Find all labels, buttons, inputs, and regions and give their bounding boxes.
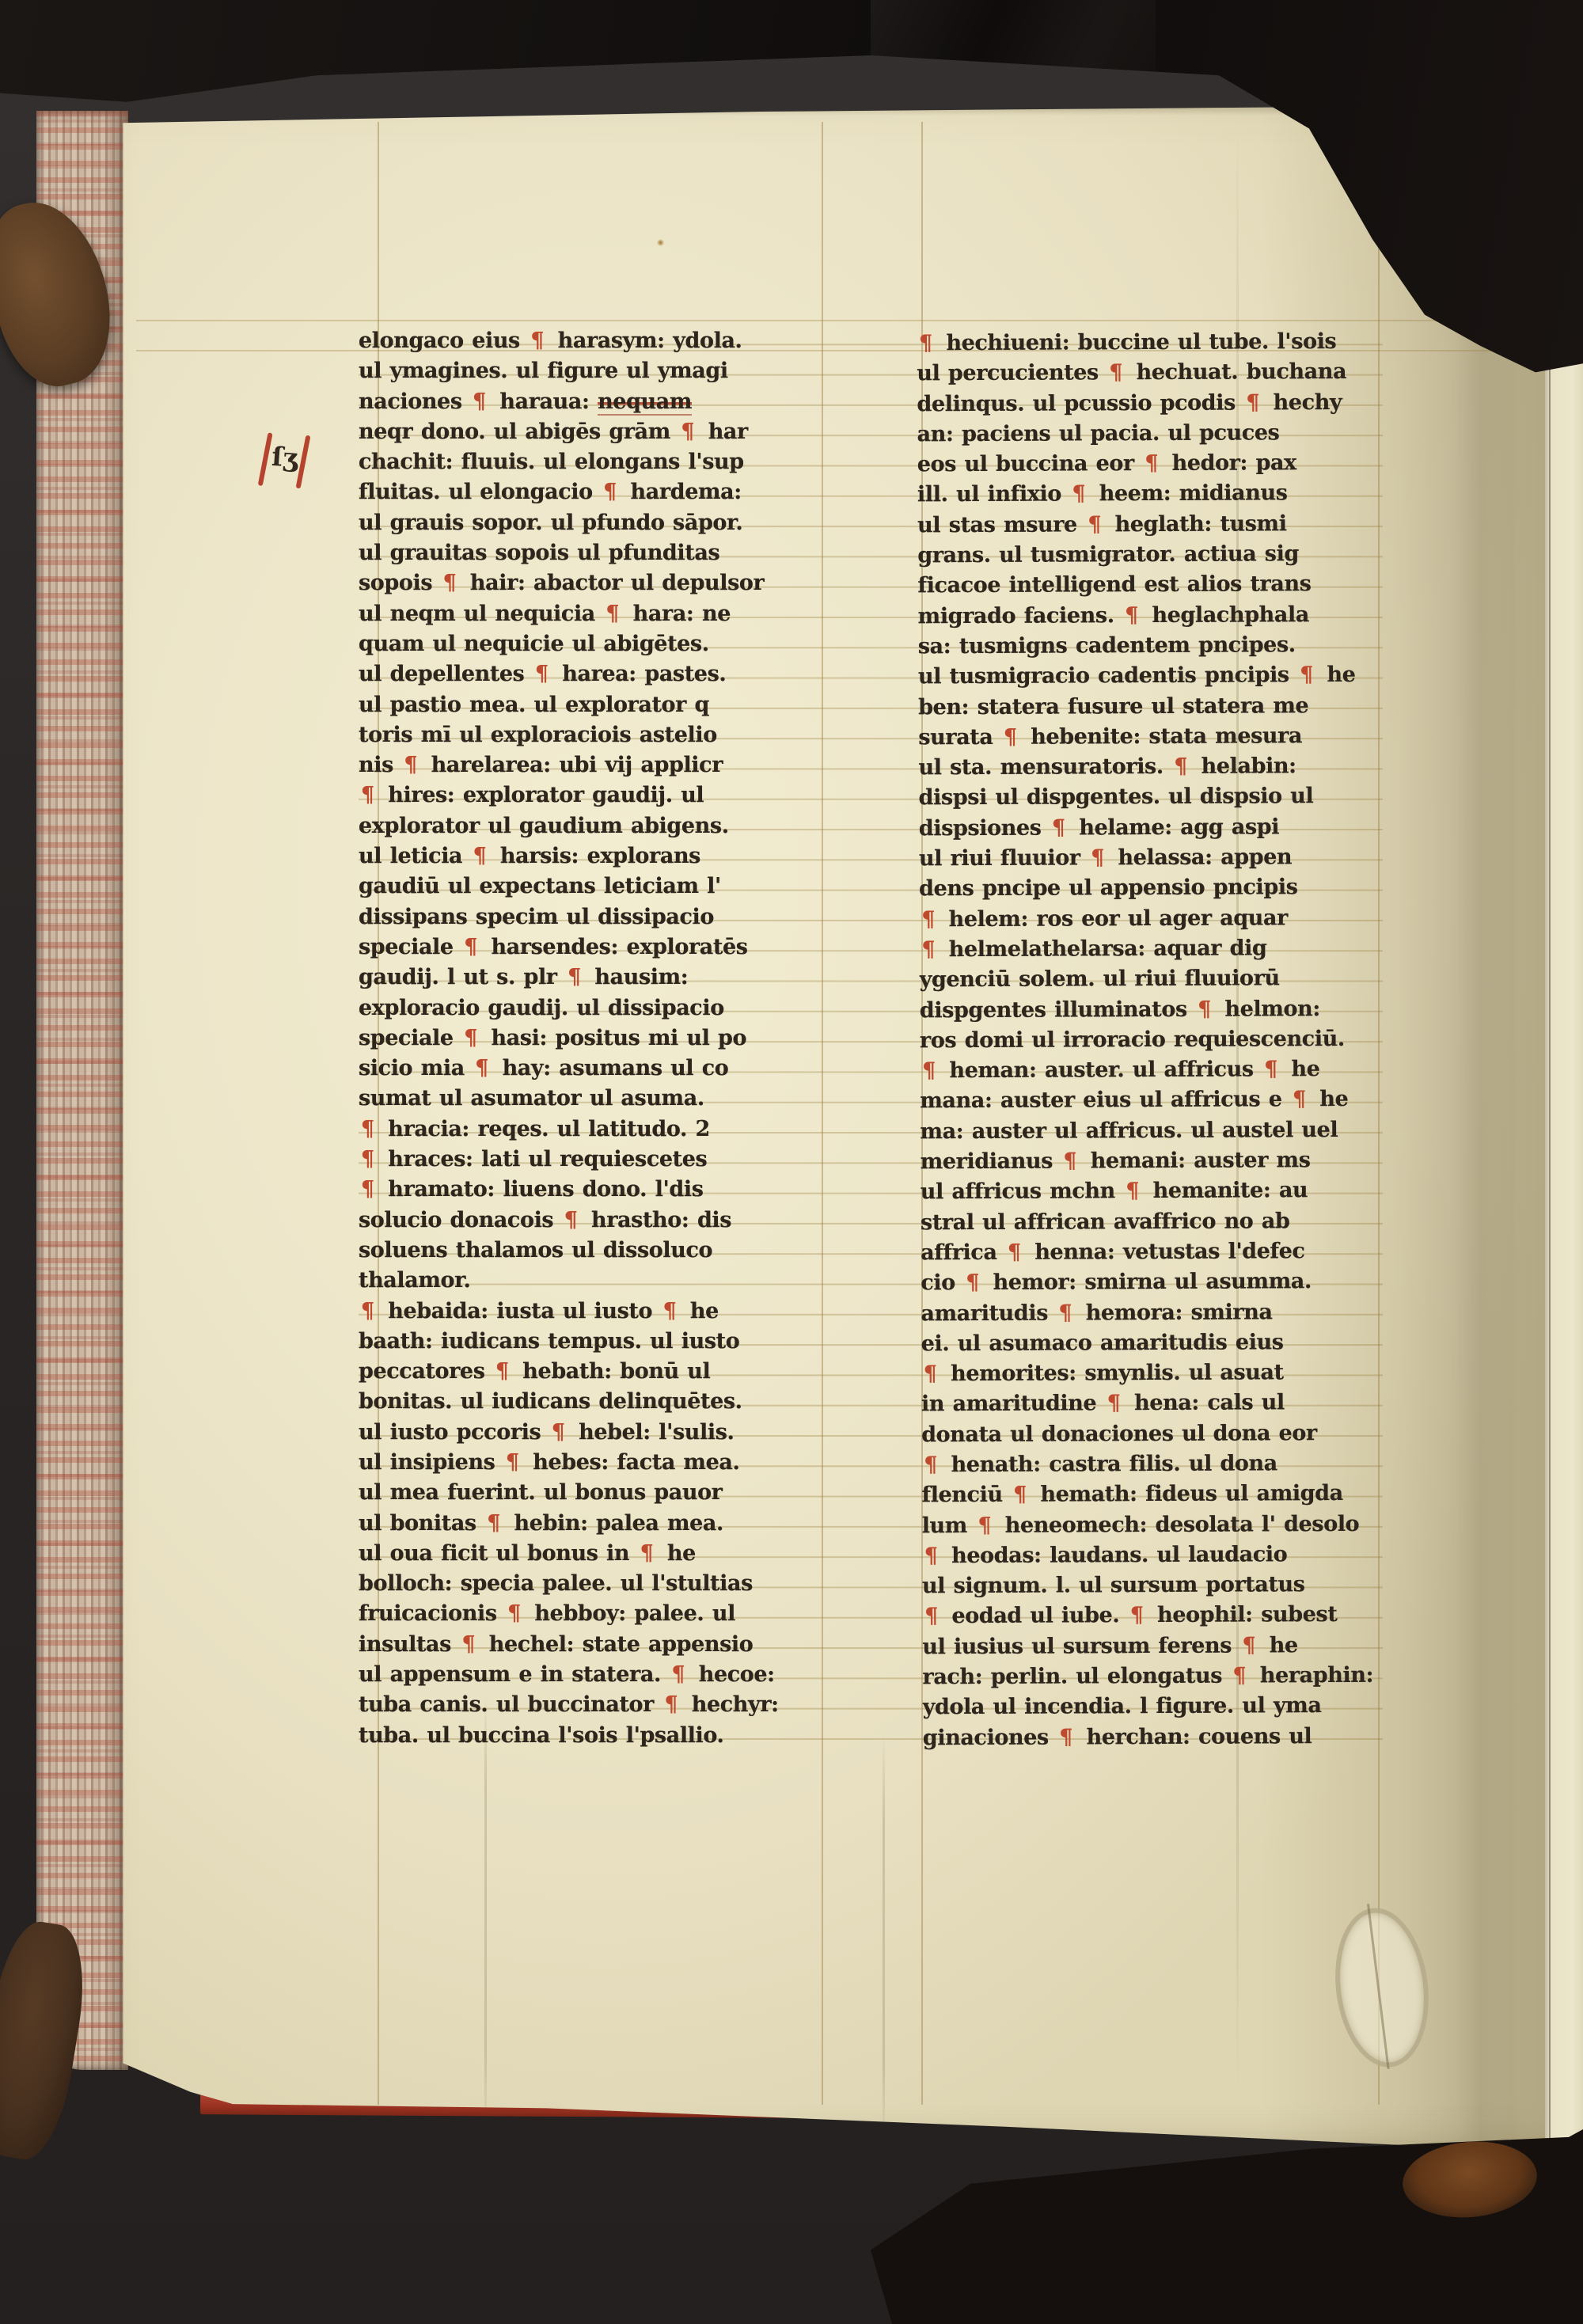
text-line: ros domi ul irroracio requiescenciū. <box>920 1024 1385 1057</box>
capitulum-mark: ¶ <box>464 935 477 959</box>
text-line: affrica ¶ henna: vetustas l'defec <box>921 1236 1386 1269</box>
text-line: ul grauis sopor. ul pfundo sāpor. <box>359 508 822 538</box>
capitulum-mark: ¶ <box>1004 725 1017 750</box>
text-line: ydola ul incendia. l figure. ul yma <box>923 1691 1388 1723</box>
text-line: dissipans specim ul dissipacio <box>359 902 822 932</box>
stain <box>275 2148 296 2167</box>
text-line: thalamor. <box>359 1266 822 1296</box>
text-line: in amaritudine ¶ hena: cals ul <box>921 1388 1387 1420</box>
capitulum-mark: ¶ <box>919 331 932 355</box>
top-margin-ruling-line <box>136 320 1529 321</box>
text-line: exploracio gaudij. ul dissipacio <box>359 993 822 1023</box>
capitulum-mark: ¶ <box>361 1117 374 1141</box>
capitulum-mark: ¶ <box>671 1662 685 1687</box>
capitulum-mark: ¶ <box>461 1632 475 1657</box>
capitulum-mark: ¶ <box>1063 1149 1076 1173</box>
text-line: ei. ul asumaco amaritudis eius <box>921 1327 1387 1360</box>
text-line: ul ymagines. ul figure ul ymagi <box>359 356 822 386</box>
parchment-crease <box>484 1696 487 2139</box>
capitulum-mark: ¶ <box>495 1359 509 1384</box>
text-line: ben: statera fusure ul statera me <box>918 690 1384 723</box>
text-line: quam ul nequicie ul abigētes. <box>359 629 822 659</box>
capitulum-mark: ¶ <box>1125 603 1138 628</box>
capitulum-mark: ¶ <box>1300 663 1313 687</box>
facing-page-edge <box>1542 215 1583 2170</box>
capitulum-mark: ¶ <box>1058 1301 1072 1325</box>
text-line: rach: perlin. ul elongatus ¶ heraphin: <box>922 1661 1387 1693</box>
text-line: ill. ul infixio ¶ heem: midianus <box>917 478 1383 511</box>
text-line: ¶ eodad ul iube. ¶ heophil: subest <box>922 1600 1387 1632</box>
text-line: tuba. ul buccina l'sois l'psallio. <box>359 1721 822 1751</box>
text-line: toris mī ul exploraciois astelio <box>359 720 822 750</box>
text-line: bolloch: specia palee. ul l'stultias <box>359 1569 822 1599</box>
capitulum-mark: ¶ <box>464 1026 477 1050</box>
text-line: ul grauitas sopois ul pfunditas <box>359 538 822 568</box>
capitulum-mark: ¶ <box>568 965 581 989</box>
text-line: solucio donacois ¶ hrastho: dis <box>359 1206 822 1236</box>
text-line: flenciū ¶ hemath: fideus ul amigda <box>921 1479 1387 1511</box>
text-line: dispsiones ¶ helame: agg aspi <box>919 811 1384 844</box>
text-line: donata ul donaciones ul dona eor <box>921 1418 1387 1450</box>
capitulum-mark: ¶ <box>1013 1483 1027 1507</box>
capitulum-mark: ¶ <box>1130 1604 1144 1628</box>
margin-gloss-mark: ſʒ <box>259 429 312 494</box>
text-line: ¶ henath: castra filis. ul dona <box>921 1449 1387 1481</box>
text-column-right: ¶ hechiueni: buccine ul tube. l'soisul p… <box>917 327 1388 1759</box>
capitulum-mark: ¶ <box>535 662 549 686</box>
text-line: ul percucientes ¶ hechuat. buchana <box>917 357 1382 389</box>
text-line: speciale ¶ harsendes: exploratēs <box>359 932 822 963</box>
text-line: fluitas. ul elongacio ¶ hardema: <box>359 477 822 507</box>
stain <box>589 2193 598 2202</box>
text-line: stral ul affrican avaffrico no ab <box>921 1206 1386 1238</box>
text-line: ul leticia ¶ harsis: explorans <box>359 841 822 871</box>
text-line: ygenciū solem. ul riui fluuiorū <box>920 963 1385 996</box>
capitulum-mark: ¶ <box>507 1601 521 1626</box>
text-line: ul riui fluuior ¶ helassa: appen <box>919 842 1384 875</box>
capitulum-mark: ¶ <box>564 1208 578 1232</box>
text-line: gaudij. l ut s. plr ¶ hausim: <box>359 963 822 993</box>
text-line: speciale ¶ hasi: positus mi ul po <box>359 1023 822 1054</box>
capitulum-mark: ¶ <box>1242 1633 1255 1658</box>
capitulum-mark: ¶ <box>1072 482 1085 507</box>
red-struck-word: nequam <box>598 389 692 416</box>
capitulum-mark: ¶ <box>1198 997 1211 1021</box>
text-line: nis ¶ harelarea: ubi vij applicr <box>359 750 822 780</box>
capitulum-mark: ¶ <box>530 328 544 353</box>
text-line: cio ¶ hemor: smirna ul asumma. <box>921 1266 1386 1299</box>
capitulum-mark: ¶ <box>978 1513 991 1537</box>
text-line: eos ul buccina eor ¶ hedor: pax <box>917 448 1383 480</box>
capitulum-mark: ¶ <box>361 1147 374 1171</box>
capitulum-mark: ¶ <box>361 1299 374 1323</box>
text-line: sopois ¶ hair: abactor ul depulsor <box>359 568 822 598</box>
capitulum-mark: ¶ <box>603 480 617 504</box>
text-line: ¶ hracia: reqes. ul latitudo. 2 <box>359 1115 822 1145</box>
text-line: explorator ul gaudium abigens. <box>359 811 822 841</box>
text-line: ¶ hemorites: smynlis. ul asuat <box>921 1358 1387 1390</box>
text-line: ficacoe intelligend est alios trans <box>917 569 1383 602</box>
text-line: gaudiū ul expectans leticiam l' <box>359 871 822 902</box>
text-line: peccatores ¶ hebath: bonū ul <box>359 1357 822 1387</box>
text-line: neqr dono. ul abigēs grām ¶ har <box>359 417 822 447</box>
text-line: an: paciens ul pacia. ul pcuces <box>917 418 1383 450</box>
capitulum-mark: ¶ <box>473 389 486 414</box>
capitulum-mark: ¶ <box>361 783 374 807</box>
text-line: ul pastio mea. ul explorator q <box>359 690 822 720</box>
text-line: migrado faciens. ¶ heglachphala <box>918 599 1384 632</box>
text-line: ul stas msure ¶ heglath: tusmi <box>917 509 1383 541</box>
parchment-scar <box>1327 1903 1437 2073</box>
margin-mark-glyph: ſʒ <box>271 441 299 473</box>
capitulum-mark: ¶ <box>361 1177 374 1202</box>
text-line: ul iusius ul sursum ferens ¶ he <box>922 1630 1387 1662</box>
text-column-left: elongaco eius ¶ harasym: ydola.ul ymagin… <box>359 326 822 1756</box>
text-line: ginaciones ¶ herchan: couens ul <box>923 1721 1388 1753</box>
text-line: ul mea fuerint. ul bonus pauor <box>359 1478 822 1508</box>
capitulum-mark: ¶ <box>443 571 457 595</box>
text-line: sa: tusmigns cadentem pncipes. <box>918 630 1384 663</box>
capitulum-mark: ¶ <box>1126 1179 1139 1203</box>
text-line: ul bonitas ¶ hebin: palea mea. <box>359 1509 822 1539</box>
capitulum-mark: ¶ <box>1088 512 1101 537</box>
capitulum-mark: ¶ <box>1091 845 1104 870</box>
text-line: insultas ¶ hechel: state appensio <box>359 1630 822 1660</box>
text-line: ul signum. l. ul sursum portatus <box>922 1570 1387 1602</box>
capitulum-mark: ¶ <box>966 1270 979 1295</box>
text-line: lum ¶ heneomech: desolata l' desolo <box>922 1509 1387 1541</box>
capitulum-mark: ¶ <box>924 1452 937 1477</box>
text-line: ul appensum e in statera. ¶ hecoe: <box>359 1660 822 1690</box>
capitulum-mark: ¶ <box>664 1692 678 1717</box>
text-line: ¶ hechiueni: buccine ul tube. l'sois <box>917 327 1382 359</box>
capitulum-mark: ¶ <box>1008 1240 1021 1265</box>
capitulum-mark: ¶ <box>1246 390 1259 415</box>
text-line: naciones ¶ haraua: nequam <box>359 387 822 417</box>
capitulum-mark: ¶ <box>1293 1088 1306 1112</box>
text-line: ¶ hires: explorator gaudij. ul <box>359 780 822 811</box>
text-line: ul iusto pccoris ¶ hebel: l'sulis. <box>359 1418 822 1448</box>
text-line: ¶ hebaida: iusta ul iusto ¶ he <box>359 1297 822 1327</box>
text-line: ¶ helmelathelarsa: aquar dig <box>919 933 1384 966</box>
text-line: delinqus. ul pcussio pcodis ¶ hechy <box>917 387 1382 420</box>
capitulum-mark: ¶ <box>640 1541 654 1566</box>
text-line: soluens thalamos ul dissoluco <box>359 1236 822 1266</box>
text-line: dens pncipe ul appensio pncipis <box>919 872 1384 905</box>
text-line: ul depellentes ¶ harea: pastes. <box>359 659 822 689</box>
capitulum-mark: ¶ <box>663 1299 677 1323</box>
capitulum-mark: ¶ <box>487 1511 500 1536</box>
capitulum-mark: ¶ <box>1107 1392 1121 1416</box>
text-line: ul insipiens ¶ hebes: facta mea. <box>359 1448 822 1478</box>
text-line: dispsi ul dispgentes. ul dispsio ul <box>919 781 1384 814</box>
capitulum-mark: ¶ <box>1145 451 1158 476</box>
capitulum-mark: ¶ <box>552 1420 565 1445</box>
text-line: amaritudis ¶ hemora: smirna <box>921 1297 1386 1329</box>
text-line: ul sta. mensuratoris. ¶ helabin: <box>918 751 1384 784</box>
text-line: surata ¶ hebenite: stata mesura <box>918 721 1384 754</box>
stain <box>657 239 664 246</box>
capitulum-mark: ¶ <box>1109 360 1122 385</box>
gutter-shadow <box>1456 104 1559 2149</box>
margin-mark-red-bar <box>258 432 273 486</box>
text-line: ¶ helem: ros eor ul ager aquar <box>919 902 1384 935</box>
book-fore-edge-page-stack <box>36 111 128 2070</box>
capitulum-mark: ¶ <box>924 1604 938 1629</box>
text-line: bonitas. ul iudicans delinquētes. <box>359 1387 822 1417</box>
text-line: meridianus ¶ hemani: auster ms <box>921 1145 1386 1178</box>
capitulum-mark: ¶ <box>1264 1057 1277 1081</box>
text-line: chachit: fluuis. ul elongans l'sup <box>359 447 822 477</box>
vertical-ruling-line <box>822 122 823 2105</box>
capitulum-mark: ¶ <box>1232 1664 1246 1688</box>
parchment-crease <box>883 1735 885 2147</box>
capitulum-mark: ¶ <box>1059 1725 1072 1749</box>
text-line: baath: iudicans tempus. ul iusto <box>359 1327 822 1357</box>
text-line: ul affricus mchn ¶ hemanite: au <box>921 1175 1386 1208</box>
capitulum-mark: ¶ <box>681 420 694 444</box>
capitulum-mark: ¶ <box>404 753 417 777</box>
text-line: ul neqm ul nequicia ¶ hara: ne <box>359 599 822 629</box>
capitulum-mark: ¶ <box>924 1361 937 1386</box>
capitulum-mark: ¶ <box>473 844 487 868</box>
red-edge-speckles <box>36 111 128 2070</box>
capitulum-mark: ¶ <box>924 1544 938 1568</box>
text-line: ¶ heman: auster. ul affricus ¶ he <box>920 1054 1385 1087</box>
text-line: dispgentes illuminatos ¶ helmon: <box>920 993 1385 1026</box>
capitulum-mark: ¶ <box>605 602 619 626</box>
text-line: mana: auster eius ul affricus e ¶ he <box>920 1084 1385 1117</box>
text-line: ¶ heodas: laudans. ul laudacio <box>922 1540 1387 1572</box>
text-line: sumat ul asumator ul asuma. <box>359 1084 822 1114</box>
text-line: grans. ul tusmigrator. actiua sig <box>917 539 1383 572</box>
text-line: ul oua ficit ul bonus in ¶ he <box>359 1539 822 1569</box>
capitulum-mark: ¶ <box>506 1450 519 1475</box>
text-line: sicio mia ¶ hay: asumans ul co <box>359 1054 822 1084</box>
manuscript-page: ſʒ elongaco eius ¶ harasym: ydola.ul yma… <box>119 104 1545 2149</box>
text-line: elongaco eius ¶ harasym: ydola. <box>359 326 822 356</box>
capitulum-mark: ¶ <box>921 937 935 962</box>
capitulum-mark: ¶ <box>921 907 935 932</box>
text-line: ¶ hramato: liuens dono. l'dis <box>359 1175 822 1205</box>
capitulum-mark: ¶ <box>922 1058 936 1083</box>
capitulum-mark: ¶ <box>1052 815 1065 840</box>
text-line: ma: auster ul affricus. ul austel uel <box>920 1115 1385 1147</box>
text-line: ¶ hraces: lati ul requiescetes <box>359 1145 822 1175</box>
capitulum-mark: ¶ <box>1174 754 1187 779</box>
text-line: ul tusmigracio cadentis pncipis ¶ he <box>918 660 1384 693</box>
capitulum-mark: ¶ <box>475 1056 488 1080</box>
text-line: tuba canis. ul buccinator ¶ hechyr: <box>359 1690 822 1720</box>
text-line: fruicacionis ¶ hebboy: palee. ul <box>359 1599 822 1629</box>
facing-page-fold-line <box>1549 222 1551 2161</box>
photo-backdrop: ſʒ elongaco eius ¶ harasym: ydola.ul yma… <box>0 0 1583 2324</box>
